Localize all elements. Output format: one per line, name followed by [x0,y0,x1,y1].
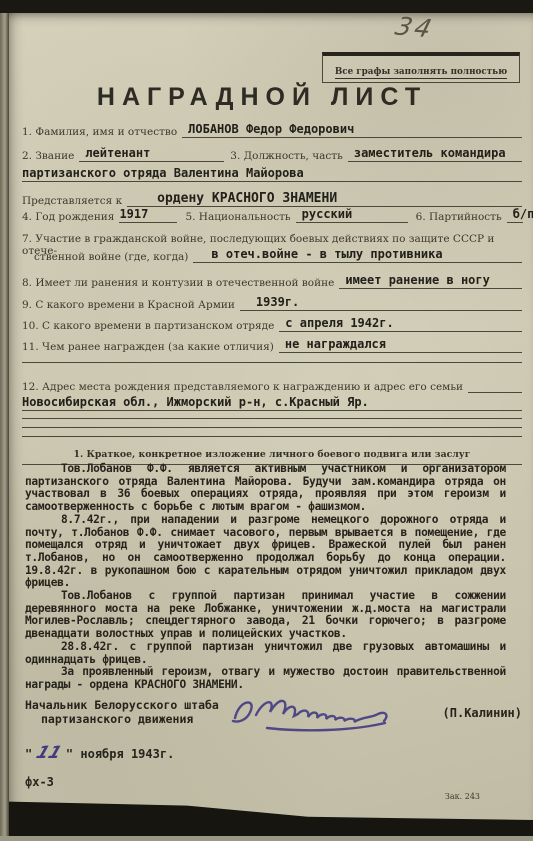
field-value: ЛОБАНОВ Федор Федорович [182,123,360,136]
document-title: НАГРАДНОЙ ЛИСТ [22,83,502,112]
date-line: "11" ноября 1943г. [25,743,174,763]
field-label: 5. Национальность [177,211,295,223]
field-label: 1. Фамилия, имя и отчество [22,126,182,138]
field-full-name: 1. Фамилия, имя и отчество ЛОБАНОВ Федор… [22,119,522,138]
field-position-continuation: партизанского отряда Валентина Майорова [22,163,522,182]
citation-paragraph: Тов.Лобанов Ф.Ф. является активным участ… [25,463,506,514]
fill-line: лейтенант [79,148,224,162]
fill-line: Новосибирская обл., Ижморский р-н, с.Кра… [22,397,522,411]
scan-top-bar [0,0,533,13]
field-wounds: 8. Имеет ли ранения и контузии в отечест… [22,270,522,289]
fill-line: с апреля 1942г. [279,318,522,332]
field-value: Новосибирская обл., Ижморский р-н, с.Кра… [22,396,375,409]
field-value: с апреля 1942г. [279,317,399,330]
fill-line: 1939г. [240,297,522,311]
field-value: б/п [507,208,533,221]
fill-line: партизанского отряда Валентина Майорова [22,168,522,182]
field-value: русский [296,208,359,221]
print-reference: Зак. 243 [445,792,480,801]
field-address-label-row: 12. Адрес места рождения представляемого… [22,374,522,393]
field-label: 8. Имеет ли ранения и контузии в отечест… [22,277,339,289]
notice-text: Все графы заполнять полностью [335,67,507,79]
page-number-handwritten: 34 [392,12,437,44]
field-value: 1939г. [240,296,305,309]
field-value: лейтенант [79,147,156,160]
citation-paragraph: 8.7.42г., при нападении и разгроме немец… [25,514,506,590]
page-content: 34 Все графы заполнять полностью НАГРАДН… [22,12,522,841]
field-label: 2. Звание [22,150,79,162]
citation-paragraph: Тов.Лобанов с группой партизан принимал … [25,590,506,641]
field-rank-and-position: 2. Звание лейтенант 3. Должность, часть … [22,143,522,162]
field-label: 6. Партийность [408,211,507,223]
page-left-edge [0,0,9,841]
field-previous-awards: 11. Чем ранее награжден (за какие отличи… [22,334,522,353]
citation-text: Тов.Лобанов Ф.Ф. является активным участ… [25,463,506,692]
field-address-value-row: Новосибирская обл., Ижморский р-н, с.Кра… [22,392,522,411]
citation-paragraph: 28.8.42г. с группой партизан уничтожил д… [25,641,506,666]
field-label: 10. С какого времени в партизанском отря… [22,320,279,332]
award-sheet-page: 34 Все графы заполнять полностью НАГРАДН… [9,12,533,841]
scan-background: 34 Все графы заполнять полностью НАГРАДН… [0,0,533,841]
field-value: заместитель командира [348,147,512,160]
quote-mark: " [25,747,32,761]
quote-mark: " [66,747,73,761]
field-value: не награждался [279,338,392,351]
fill-line: б/п [507,209,523,223]
fill-line: не награждался [279,339,522,353]
field-label: 3. Должность, часть [224,150,348,162]
fill-all-fields-notice: Все графы заполнять полностью [322,52,520,83]
fill-line: ЛОБАНОВ Федор Федорович [182,124,522,138]
file-code: фх-3 [25,775,54,789]
blank-rule [22,427,522,428]
fill-line: в отеч.войне - в тылу противника [193,249,522,263]
field-label: ственной войне (где, когда) [22,251,193,263]
field-red-army-since: 9. С какого времени в Красной Армии 1939… [22,292,522,311]
field-label: 9. С какого времени в Красной Армии [22,299,240,311]
fill-line: имеет ранение в ногу [339,275,522,289]
field-label: 11. Чем ранее награжден (за какие отличи… [22,341,279,353]
field-value: имеет ранение в ногу [339,274,496,287]
blank-rule [22,362,522,363]
section-header-text: 1. Краткое, конкретное изложение личного… [74,449,471,460]
day-handwritten: 11 [34,743,65,763]
fill-line: русский [296,209,408,223]
fill-line: 1917 [119,209,177,223]
blank-rule [22,418,522,419]
field-value: в отеч.войне - в тылу противника [193,248,448,261]
signature-ink [223,686,413,742]
signatory-name-typed: (П.Калинин) [443,706,522,720]
section-header: 1. Краткое, конкретное изложение личного… [22,436,522,465]
date-text: ноября 1943г. [80,747,174,761]
field-partisan-since: 10. С какого времени в партизанском отря… [22,313,522,332]
field-label: 4. Год рождения [22,211,119,223]
underlying-page-edge [0,836,533,841]
field-birth-nationality-party: 4. Год рождения 1917 5. Национальность р… [22,204,522,223]
field-value: 1917 [119,208,154,221]
fill-line: заместитель командира [348,148,522,162]
field-war-participation: ственной войне (где, когда) в отеч.войне… [22,244,522,263]
field-value: партизанского отряда Валентина Майорова [22,167,310,180]
